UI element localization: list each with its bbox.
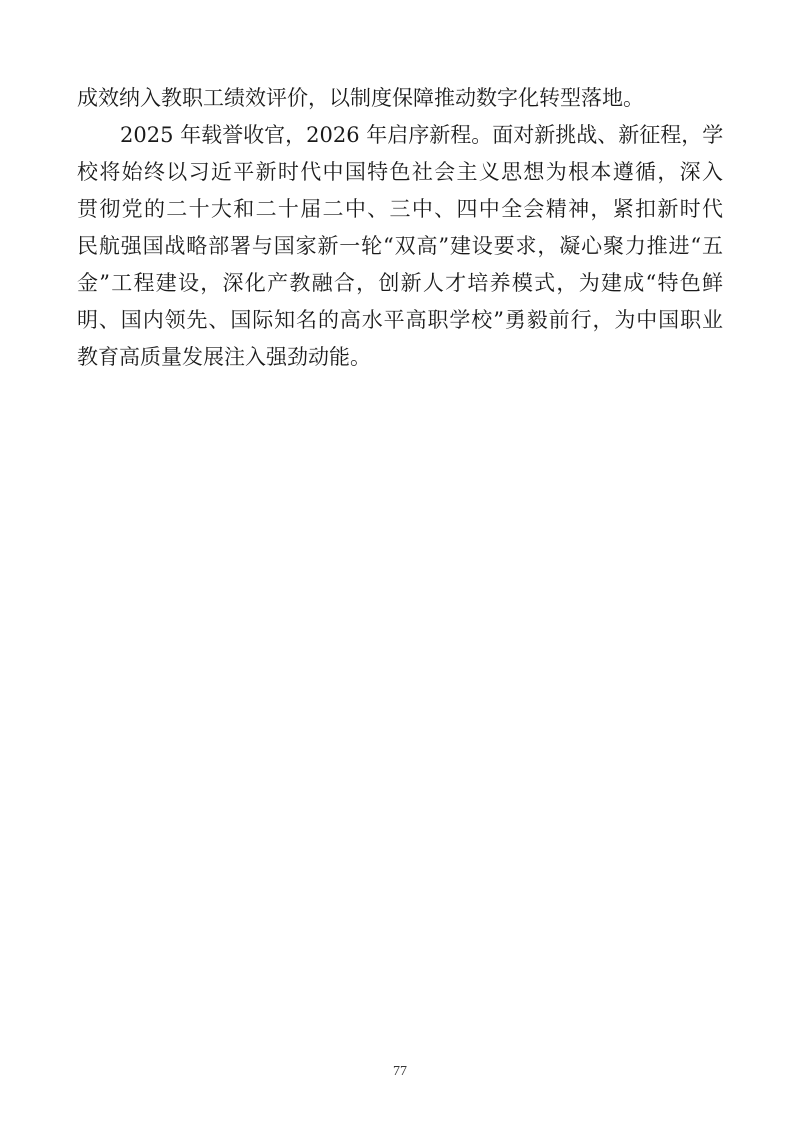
text-line: 民航强国战略部署与国家新一轮“双高”建设要求，凝心聚力推进“五 xyxy=(77,228,723,265)
paragraph-2: 2025 年载誉收官，2026 年启序新程。面对新挑战、新征程，学 校将始终以习… xyxy=(77,117,723,376)
body-text: 成效纳入教职工绩效评价，以制度保障推动数字化转型落地。 2025 年载誉收官，2… xyxy=(77,80,723,376)
text-line: 贯彻党的二十大和二十届二中、三中、四中全会精神，紧扣新时代 xyxy=(77,191,723,228)
text-line: 金”工程建设，深化产教融合，创新人才培养模式，为建成“特色鲜 xyxy=(77,265,723,302)
text-line: 明、国内领先、国际知名的高水平高职学校”勇毅前行，为中国职业 xyxy=(77,302,723,339)
text-line: 教育高质量发展注入强劲动能。 xyxy=(77,339,723,376)
paragraph-1: 成效纳入教职工绩效评价，以制度保障推动数字化转型落地。 xyxy=(77,80,723,117)
document-page: 成效纳入教职工绩效评价，以制度保障推动数字化转型落地。 2025 年载誉收官，2… xyxy=(0,0,800,1131)
text-line: 校将始终以习近平新时代中国特色社会主义思想为根本遵循，深入 xyxy=(77,154,723,191)
text-line: 2025 年载誉收官，2026 年启序新程。面对新挑战、新征程，学 xyxy=(77,117,723,154)
text-line: 成效纳入教职工绩效评价，以制度保障推动数字化转型落地。 xyxy=(77,80,723,117)
page-number: 77 xyxy=(0,1064,800,1080)
